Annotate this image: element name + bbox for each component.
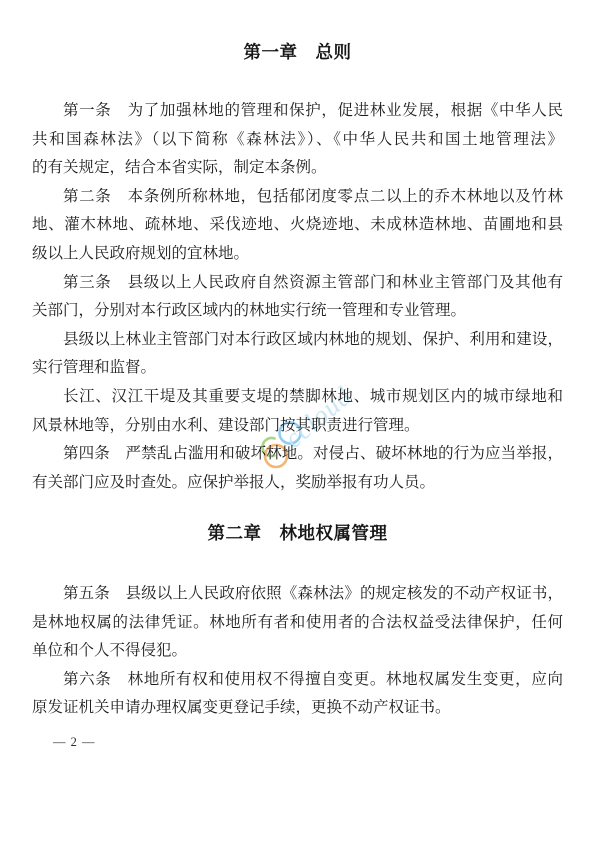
- chapter-1-heading: 第一章 总则: [0, 40, 595, 64]
- body-line: 风景林地等，分别由水利、建设部门按其职责进行管理。: [32, 412, 563, 441]
- text-layer: 第一章 总则 第一条 为了加强林地的管理和保护，促进林业发展，根据《中华人民 共…: [0, 0, 595, 841]
- page-number: — 2 —: [53, 735, 96, 750]
- body-line: 级以上人民政府规划的宜林地。: [32, 240, 563, 269]
- body-line: 县级以上林业主管部门对本行政区域内林地的规划、保护、利用和建设，: [32, 326, 563, 355]
- document-page: ccloud 第一章 总则 第一条 为了加强林地的管理和保护，促进林业发展，根据…: [0, 0, 595, 841]
- body-line: 第一条 为了加强林地的管理和保护，促进林业发展，根据《中华人民: [32, 97, 563, 126]
- body-line: 有关部门应及时查处。应保护举报人，奖励举报有功人员。: [32, 469, 563, 498]
- body-line: 是林地权属的法律凭证。林地所有者和使用者的合法权益受法律保护，任何: [32, 609, 563, 638]
- body-line: 关部门，分别对本行政区域内的林地实行统一管理和专业管理。: [32, 297, 563, 326]
- chapter-1-body: 第一条 为了加强林地的管理和保护，促进林业发展，根据《中华人民 共和国森林法》（…: [32, 97, 563, 497]
- chapter-2-heading: 第二章 林地权属管理: [0, 521, 595, 545]
- chapter-2-body: 第五条 县级以上人民政府依照《森林法》的规定核发的不动产权证书， 是林地权属的法…: [32, 580, 563, 723]
- body-line: 第三条 县级以上人民政府自然资源主管部门和林业主管部门及其他有: [32, 269, 563, 298]
- body-line: 单位和个人不得侵犯。: [32, 637, 563, 666]
- body-line: 长江、汉江干堤及其重要支堤的禁脚林地、城市规划区内的城市绿地和: [32, 383, 563, 412]
- body-line: 地、灌木林地、疏林地、采伐迹地、火烧迹地、未成林造林地、苗圃地和县: [32, 211, 563, 240]
- body-line: 第六条 林地所有权和使用权不得擅自变更。林地权属发生变更，应向: [32, 666, 563, 695]
- body-line: 原发证机关申请办理权属变更登记手续，更换不动产权证书。: [32, 694, 563, 723]
- body-line: 第五条 县级以上人民政府依照《森林法》的规定核发的不动产权证书，: [32, 580, 563, 609]
- body-line: 共和国森林法》（以下简称《森林法》）、《中华人民共和国土地管理法》: [32, 126, 563, 155]
- body-line: 第四条 严禁乱占滥用和破坏林地。对侵占、破坏林地的行为应当举报，: [32, 440, 563, 469]
- body-line: 实行管理和监督。: [32, 354, 563, 383]
- body-line: 第二条 本条例所称林地，包括郁闭度零点二以上的乔木林地以及竹林: [32, 183, 563, 212]
- body-line: 的有关规定，结合本省实际，制定本条例。: [32, 154, 563, 183]
